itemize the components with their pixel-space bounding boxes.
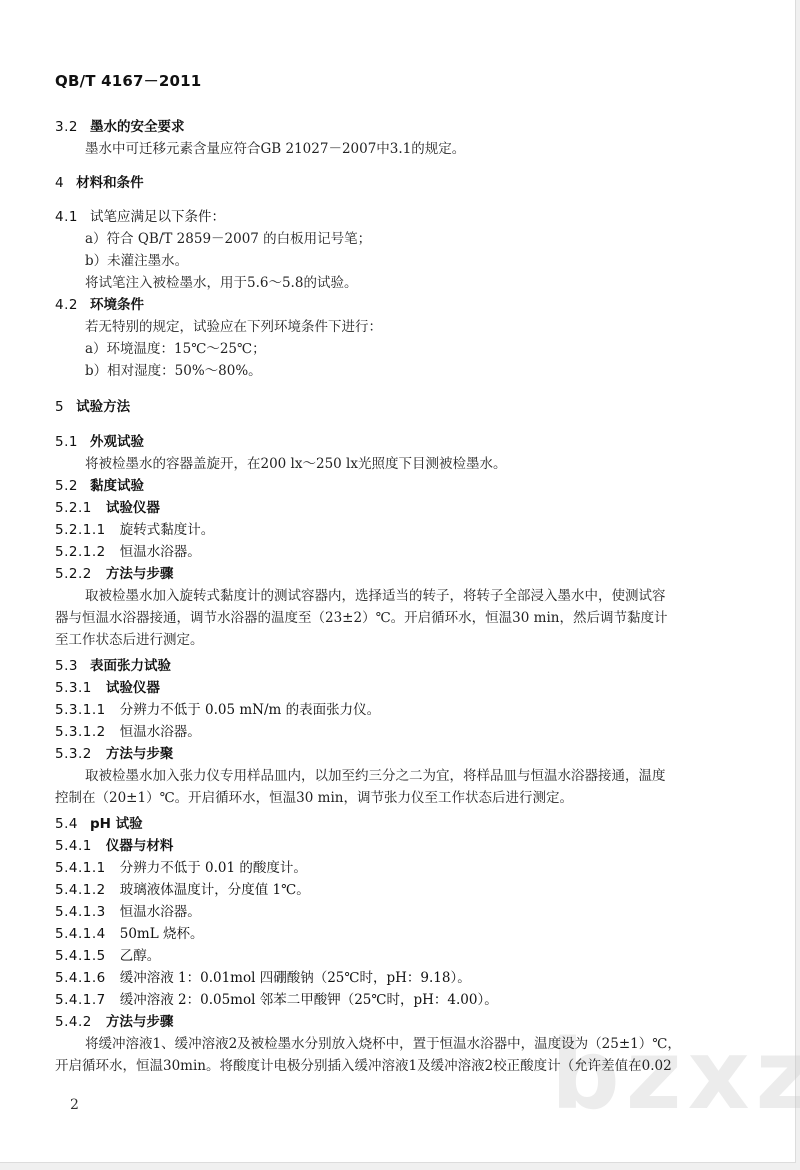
- section-number: 5.4.1.5: [55, 946, 106, 966]
- heading-5-2: 5.2黏度试验: [55, 476, 144, 496]
- section-title: 环境条件: [90, 297, 144, 313]
- item-text: 分辨力不低于 0.01 的酸度计。: [120, 860, 307, 876]
- item-5-4-1-1: 5.4.1.1分辨力不低于 0.01 的酸度计。: [55, 858, 307, 878]
- section-title: 试验方法: [76, 399, 130, 415]
- item-text: 恒温水浴器。: [120, 724, 201, 740]
- item-text: 玻璃液体温度计，分度值 1℃。: [120, 882, 310, 898]
- section-number: 5.2: [55, 476, 78, 496]
- section-number: 5.2.1.1: [55, 520, 106, 540]
- list-item: b）未灌注墨水。: [85, 251, 188, 271]
- section-number: 5.4.1.1: [55, 858, 106, 878]
- item-5-3-1-2: 5.3.1.2恒温水浴器。: [55, 722, 201, 742]
- item-5-3-1-1: 5.3.1.1分辨力不低于 0.05 mN/m 的表面张力仪。: [55, 700, 380, 720]
- section-title: 试笔应满足以下条件：: [90, 209, 225, 225]
- section-number: 5.4.1.2: [55, 880, 106, 900]
- section-number: 5.4: [55, 814, 78, 834]
- section-number: 4: [55, 173, 64, 193]
- paragraph-line: 开启循环水，恒温30min。将酸度计电极分别插入缓冲溶液1及缓冲溶液2校正酸度计…: [55, 1056, 672, 1076]
- section-number: 5.4.1.3: [55, 902, 106, 922]
- section-title: 试验仪器: [106, 680, 160, 696]
- item-text: 缓冲溶液 1：0.01mol 四硼酸钠（25℃时，pH：9.18）。: [120, 970, 471, 986]
- section-number: 5.3.1.1: [55, 700, 106, 720]
- paragraph-line: 控制在（20±1）℃。开启循环水，恒温30 min，调节张力仪至工作状态后进行测…: [55, 788, 573, 808]
- list-item: b）相对湿度：50%～80%。: [85, 361, 262, 381]
- paragraph-line: 取被检墨水加入张力仪专用样品皿内，以加至约三分之二为宜，将样品皿与恒温水浴器接通…: [85, 766, 666, 786]
- heading-4-1: 4.1试笔应满足以下条件：: [55, 207, 225, 227]
- item-5-4-1-2: 5.4.1.2玻璃液体温度计，分度值 1℃。: [55, 880, 310, 900]
- heading-4-2: 4.2环境条件: [55, 295, 144, 315]
- paragraph: 若无特别的规定，试验应在下列环境条件下进行：: [85, 317, 382, 337]
- section-title: 外观试验: [90, 434, 144, 450]
- heading-5-2-2: 5.2.2方法与步骤: [55, 564, 173, 584]
- section-number: 5.2.2: [55, 564, 92, 584]
- section-title: 方法与步骤: [106, 566, 174, 582]
- section-title: 方法与步聚: [106, 746, 174, 762]
- item-5-4-1-3: 5.4.1.3恒温水浴器。: [55, 902, 201, 922]
- section-title: 材料和条件: [76, 175, 144, 191]
- section-number: 4.1: [55, 207, 78, 227]
- heading-5-4-1: 5.4.1仪器与材料: [55, 836, 173, 856]
- section-number: 5.4.1.7: [55, 990, 106, 1010]
- heading-5-1: 5.1外观试验: [55, 432, 144, 452]
- heading-3-2: 3.2墨水的安全要求: [55, 117, 184, 137]
- item-text: 乙醇。: [120, 948, 161, 964]
- section-title: pH 试验: [90, 816, 143, 832]
- paragraph-line: 器与恒温水浴器接通，调节水浴器的温度至（23±2）℃。开启循环水，恒温30 mi…: [55, 608, 667, 628]
- item-text: 恒温水浴器。: [120, 904, 201, 920]
- section-title: 黏度试验: [90, 478, 144, 494]
- list-item: a）符合 QB/T 2859－2007 的白板用记号笔；: [85, 229, 371, 249]
- section-number: 5.4.2: [55, 1012, 92, 1032]
- section-number: 5: [55, 397, 64, 417]
- section-number: 5.3.1: [55, 678, 92, 698]
- section-number: 5.2.1: [55, 498, 92, 518]
- paragraph: 将试笔注入被检墨水，用于5.6～5.8的试验。: [85, 273, 357, 293]
- section-number: 5.4.1: [55, 836, 92, 856]
- paragraph: 墨水中可迁移元素含量应符合GB 21027－2007中3.1的规定。: [85, 139, 465, 159]
- heading-5-3: 5.3表面张力试验: [55, 656, 171, 676]
- item-5-4-1-5: 5.4.1.5乙醇。: [55, 946, 160, 966]
- section-number: 5.4.1.6: [55, 968, 106, 988]
- item-text: 分辨力不低于 0.05 mN/m 的表面张力仪。: [120, 702, 380, 718]
- section-number: 5.3.2: [55, 744, 92, 764]
- item-text: 旋转式黏度计。: [120, 522, 215, 538]
- item-text: 缓冲溶液 2：0.05mol 邻苯二甲酸钾（25℃时，pH：4.00）。: [120, 992, 498, 1008]
- section-number: 5.3.1.2: [55, 722, 106, 742]
- item-5-4-1-4: 5.4.1.450mL 烧杯。: [55, 924, 203, 944]
- section-title: 方法与步骤: [106, 1014, 174, 1030]
- paragraph-line: 取被检墨水加入旋转式黏度计的测试容器内，选择适当的转子，将转子全部浸入墨水中，使…: [85, 586, 666, 606]
- section-number: 5.1: [55, 432, 78, 452]
- heading-5: 5试验方法: [55, 397, 130, 417]
- list-item: a）环境温度：15℃～25℃；: [85, 339, 266, 359]
- item-5-2-1-1: 5.2.1.1旋转式黏度计。: [55, 520, 214, 540]
- item-text: 50mL 烧杯。: [120, 926, 204, 942]
- section-number: 5.4.1.4: [55, 924, 106, 944]
- document-page: bzxz.net QB/T 4167－2011 3.2墨水的安全要求 墨水中可迁…: [0, 0, 796, 1163]
- item-5-2-1-2: 5.2.1.2恒温水浴器。: [55, 542, 201, 562]
- heading-5-3-2: 5.3.2方法与步聚: [55, 744, 173, 764]
- section-title: 仪器与材料: [106, 838, 174, 854]
- section-number: 5.2.1.2: [55, 542, 106, 562]
- page-number: 2: [70, 1097, 79, 1113]
- heading-5-4: 5.4pH 试验: [55, 814, 143, 834]
- section-number: 5.3: [55, 656, 78, 676]
- heading-5-2-1: 5.2.1试验仪器: [55, 498, 160, 518]
- item-5-4-1-7: 5.4.1.7缓冲溶液 2：0.05mol 邻苯二甲酸钾（25℃时，pH：4.0…: [55, 990, 498, 1010]
- paragraph-line: 将缓冲溶液1、缓冲溶液2及被检墨水分别放入烧杯中，置于恒温水浴器中，温度设为（2…: [85, 1034, 681, 1054]
- paragraph-line: 至工作状态后进行测定。: [55, 630, 204, 650]
- section-number: 3.2: [55, 117, 78, 137]
- section-number: 4.2: [55, 295, 78, 315]
- section-title: 墨水的安全要求: [90, 119, 185, 135]
- standard-code-header: QB/T 4167－2011: [55, 70, 201, 91]
- section-title: 表面张力试验: [90, 658, 171, 674]
- item-text: 恒温水浴器。: [120, 544, 201, 560]
- paragraph: 将被检墨水的容器盖旋开，在200 lx～250 lx光照度下目测被检墨水。: [85, 454, 506, 474]
- heading-5-4-2: 5.4.2方法与步骤: [55, 1012, 173, 1032]
- item-5-4-1-6: 5.4.1.6缓冲溶液 1：0.01mol 四硼酸钠（25℃时，pH：9.18）…: [55, 968, 471, 988]
- heading-5-3-1: 5.3.1试验仪器: [55, 678, 160, 698]
- heading-4: 4材料和条件: [55, 173, 144, 193]
- section-title: 试验仪器: [106, 500, 160, 516]
